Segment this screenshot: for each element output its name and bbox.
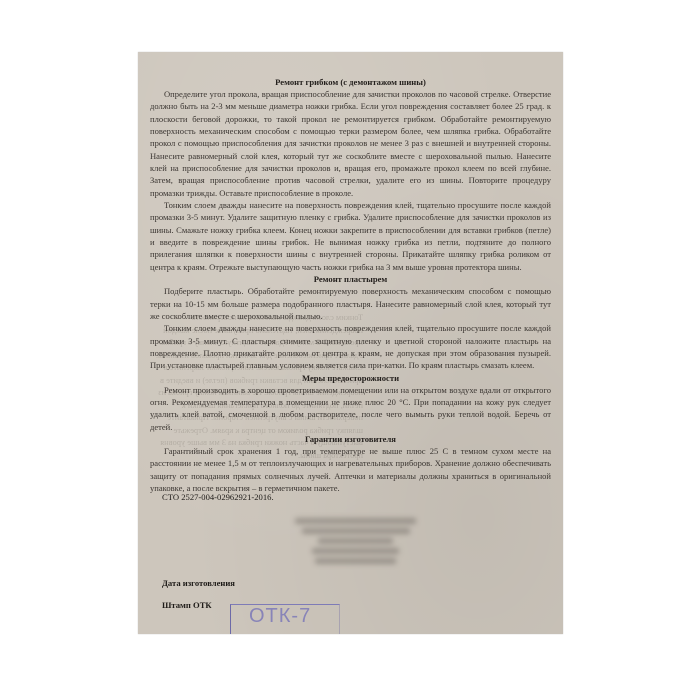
section-title: Меры предосторожности — [150, 372, 551, 384]
page-background: Тонким слоем дважды нанесите на поверхно… — [0, 0, 700, 700]
document-body: Ремонт грибком (с демонтажом шины) Опред… — [150, 76, 551, 494]
section-title: Ремонт пластырем — [150, 273, 551, 285]
section-precautions: Меры предосторожности Ремонт производить… — [150, 372, 551, 433]
section-title: Гарантии изготовителя — [150, 433, 551, 445]
qc-stamp-label: Штамп ОТК — [162, 600, 212, 610]
paragraph: Тонким слоем дважды нанесите на поверхно… — [150, 322, 551, 371]
paragraph: Определите угол прокола, вращая приспосо… — [150, 88, 551, 199]
instruction-sheet: Тонким слоем дважды нанесите на поверхно… — [138, 52, 563, 634]
paragraph: Тонким слоем дважды нанесите на поверхно… — [150, 199, 551, 273]
section-mushroom-repair: Ремонт грибком (с демонтажом шины) Опред… — [150, 76, 551, 273]
paragraph: Гарантийный срок хранения 1 год, при тем… — [150, 445, 551, 494]
qc-stamp: ОТК-7 — [249, 605, 311, 628]
manufacture-date-label: Дата изготовления — [162, 578, 235, 588]
section-title: Ремонт грибком (с демонтажом шины) — [150, 76, 551, 88]
standard-number: СТО 2527-004-02962921-2016. — [162, 492, 274, 502]
section-warranty: Гарантии изготовителя Гарантийный срок х… — [150, 433, 551, 494]
paragraph: Подберите пластырь. Обработайте ремонтир… — [150, 285, 551, 322]
redacted-manufacturer-info — [288, 514, 423, 576]
section-patch-repair: Ремонт пластырем Подберите пластырь. Обр… — [150, 273, 551, 371]
paragraph: Ремонт производить в хорошо проветриваем… — [150, 384, 551, 433]
